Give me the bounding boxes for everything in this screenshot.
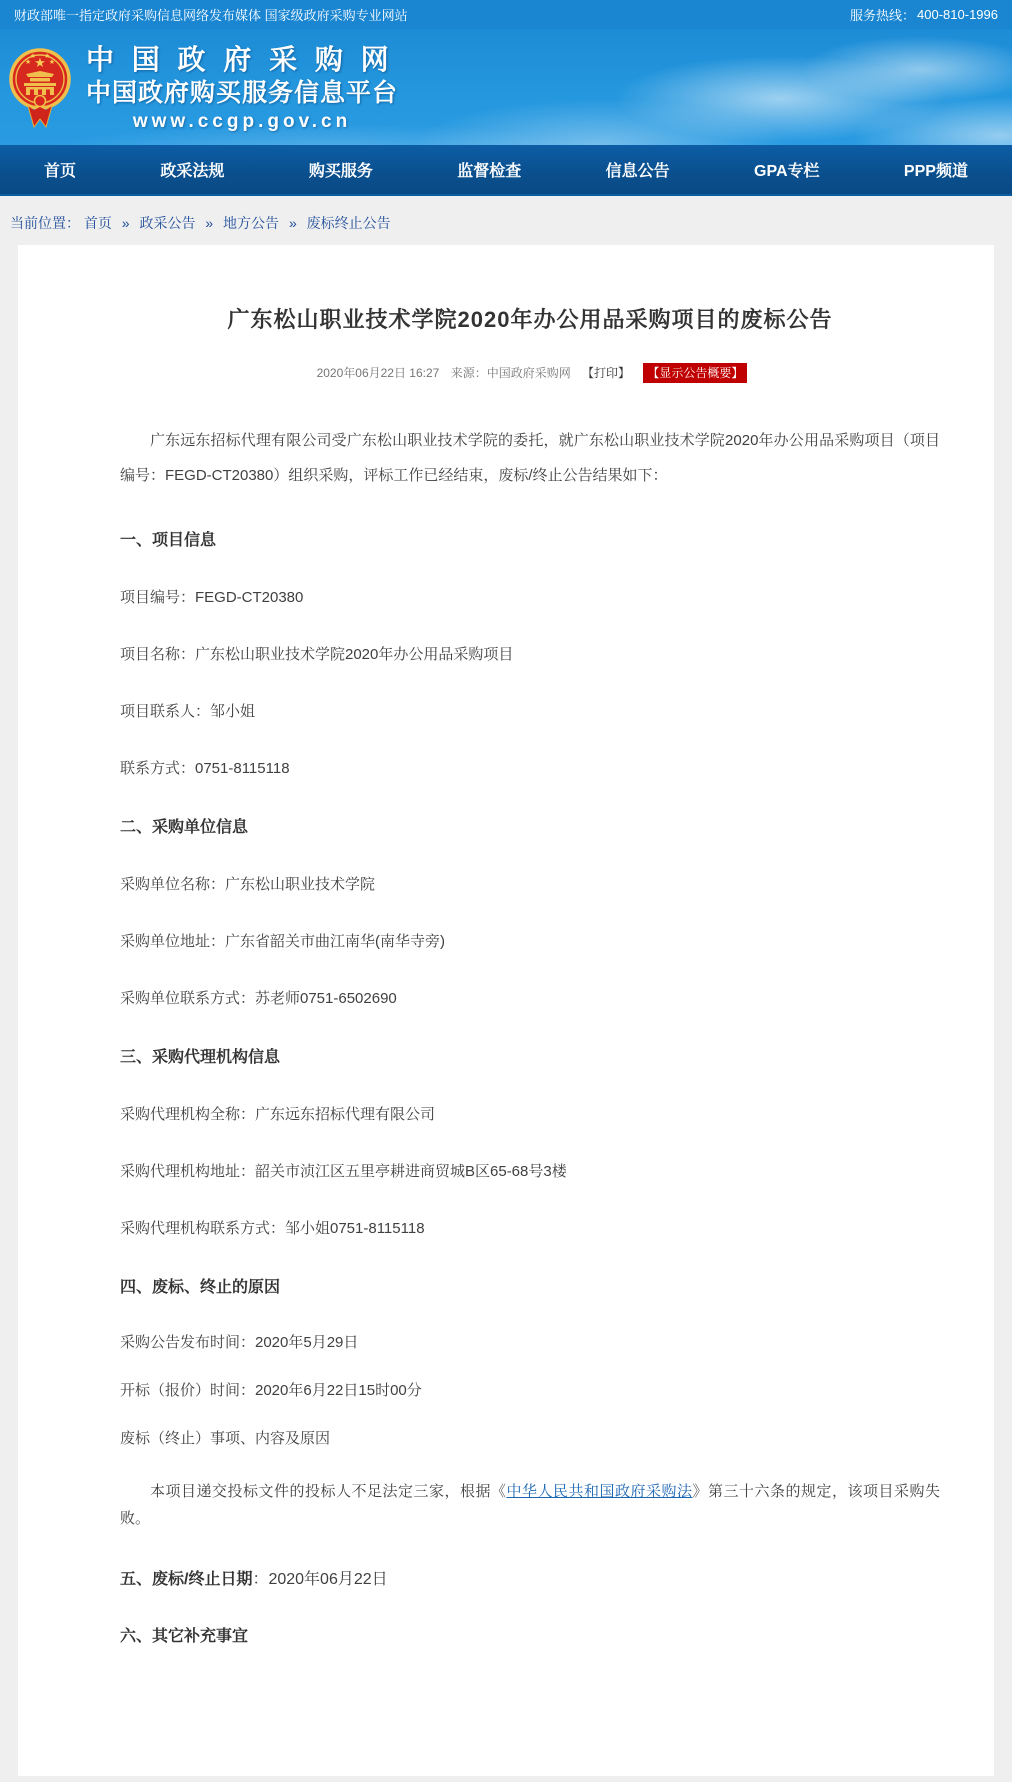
reason-text-before: 本项目递交投标文件的投标人不足法定三家，根据《 — [150, 1483, 506, 1500]
bid-opening-time: 开标（报价）时间：2020年6月22日15时00分 — [120, 1379, 940, 1400]
project-contact: 项目联系人：邹小姐 — [120, 700, 940, 721]
breadcrumb-separator: » — [122, 215, 130, 231]
nav-item-announcements[interactable]: 信息公告 — [606, 158, 670, 181]
publish-datetime: 2020年06月22日 16:27 — [317, 366, 440, 380]
agency-name: 采购代理机构全称：广东远东招标代理有限公司 — [120, 1103, 940, 1124]
site-header: ★ ★ ★ ★ ★ 中 国 政 府 采 购 网 中国政府购买服务信息平台 www… — [0, 29, 1012, 145]
service-hotline: 服务热线： 400-810-1996 — [850, 5, 998, 24]
project-name: 项目名称：广东松山职业技术学院2020年办公用品采购项目 — [120, 643, 940, 664]
hotline-label: 服务热线： — [850, 5, 915, 24]
project-phone: 联系方式：0751-8115118 — [120, 757, 940, 778]
site-name: 中 国 政 府 采 购 网 — [86, 43, 398, 77]
purchaser-address: 采购单位地址：广东省韶关市曲江南华(南华寺旁) — [120, 930, 940, 951]
nav-item-home[interactable]: 首页 — [44, 158, 76, 181]
section-heading-bold: 五、废标/终止日期 — [120, 1571, 252, 1588]
purchaser-contact: 采购单位联系方式：苏老师0751-6502690 — [120, 987, 940, 1008]
site-subtitle: 中国政府购买服务信息平台 — [86, 77, 398, 109]
main-nav: 首页 政采法规 购买服务 监督检查 信息公告 GPA专栏 PPP频道 — [0, 145, 1012, 196]
section-heading: 二、采购单位信息 — [120, 814, 940, 837]
procurement-law-link[interactable]: 中华人民共和国政府采购法 — [506, 1483, 692, 1500]
breadcrumb-cancelled-bid-notices[interactable]: 废标终止公告 — [307, 215, 391, 231]
cancellation-reason-paragraph: 本项目递交投标文件的投标人不足法定三家，根据《中华人民共和国政府采购法》第三十六… — [120, 1478, 940, 1532]
cancellation-date-value: ：2020年06月22日 — [252, 1571, 387, 1588]
section-cancellation-reason: 四、废标、终止的原因 采购公告发布时间：2020年5月29日 开标（报价）时间：… — [120, 1274, 940, 1532]
nav-item-purchase-services[interactable]: 购买服务 — [309, 158, 373, 181]
section-project-info: 一、项目信息 项目编号：FEGD-CT20380 项目名称：广东松山职业技术学院… — [120, 527, 940, 778]
page-title: 广东松山职业技术学院2020年办公用品采购项目的废标公告 — [120, 303, 940, 334]
breadcrumb-separator: » — [289, 215, 297, 231]
site-logo[interactable]: ★ ★ ★ ★ ★ 中 国 政 府 采 购 网 中国政府购买服务信息平台 www… — [8, 43, 398, 135]
breadcrumb: 当前位置： 首页 » 政采公告 » 地方公告 » 废标终止公告 — [0, 196, 1012, 245]
section-heading: 三、采购代理机构信息 — [120, 1044, 940, 1067]
nav-item-ppp[interactable]: PPP频道 — [904, 158, 968, 181]
site-url: www.ccgp.gov.cn — [86, 109, 398, 135]
project-number: 项目编号：FEGD-CT20380 — [120, 586, 940, 607]
section-agency-info: 三、采购代理机构信息 采购代理机构全称：广东远东招标代理有限公司 采购代理机构地… — [120, 1044, 940, 1238]
breadcrumb-label: 当前位置： — [10, 215, 80, 231]
breadcrumb-procurement-notices[interactable]: 政采公告 — [139, 215, 195, 231]
show-summary-button[interactable]: 【显示公告概要】 — [643, 363, 747, 383]
svg-text:★: ★ — [44, 52, 50, 60]
agency-address: 采购代理机构地址：韶关市浈江区五里亭耕进商贸城B区65-68号3楼 — [120, 1160, 940, 1181]
cancellation-matters-label: 废标（终止）事项、内容及原因 — [120, 1427, 940, 1448]
svg-text:★: ★ — [30, 52, 36, 60]
article-source: 来源：中国政府采购网 — [451, 366, 571, 380]
nav-item-gpa[interactable]: GPA专栏 — [754, 158, 820, 181]
breadcrumb-home[interactable]: 首页 — [84, 215, 112, 231]
intro-paragraph: 广东远东招标代理有限公司受广东松山职业技术学院的委托，就广东松山职业技术学院20… — [120, 423, 940, 493]
announcement-publish-date: 采购公告发布时间：2020年5月29日 — [120, 1331, 940, 1352]
topbar-slogan: 财政部唯一指定政府采购信息网络发布媒体 国家级政府采购专业网站 — [14, 5, 408, 24]
national-emblem-icon: ★ ★ ★ ★ ★ — [8, 43, 72, 131]
section-cancellation-date: 五、废标/终止日期：2020年06月22日 — [120, 1566, 940, 1589]
section-heading: 六、其它补充事宜 — [120, 1623, 940, 1646]
print-button[interactable]: 【打印】 — [582, 366, 630, 380]
breadcrumb-separator: » — [205, 215, 213, 231]
breadcrumb-local-notices[interactable]: 地方公告 — [223, 215, 279, 231]
section-purchaser-info: 二、采购单位信息 采购单位名称：广东松山职业技术学院 采购单位地址：广东省韶关市… — [120, 814, 940, 1008]
nav-item-supervision[interactable]: 监督检查 — [457, 158, 521, 181]
article-card: 广东松山职业技术学院2020年办公用品采购项目的废标公告 2020年06月22日… — [18, 245, 994, 1776]
section-heading: 四、废标、终止的原因 — [120, 1274, 940, 1297]
section-other-matters: 六、其它补充事宜 — [120, 1623, 940, 1646]
article-meta: 2020年06月22日 16:27 来源：中国政府采购网 【打印】 【显示公告概… — [120, 364, 940, 381]
agency-contact: 采购代理机构联系方式：邹小姐0751-8115118 — [120, 1217, 940, 1238]
nav-item-regulations[interactable]: 政采法规 — [160, 158, 224, 181]
site-title-block: 中 国 政 府 采 购 网 中国政府购买服务信息平台 www.ccgp.gov.… — [86, 43, 398, 135]
section-heading: 一、项目信息 — [120, 527, 940, 550]
hotline-number: 400-810-1996 — [917, 7, 998, 22]
section-heading: 五、废标/终止日期：2020年06月22日 — [120, 1566, 940, 1589]
top-info-bar: 财政部唯一指定政府采购信息网络发布媒体 国家级政府采购专业网站 服务热线： 40… — [0, 0, 1012, 29]
purchaser-name: 采购单位名称：广东松山职业技术学院 — [120, 873, 940, 894]
